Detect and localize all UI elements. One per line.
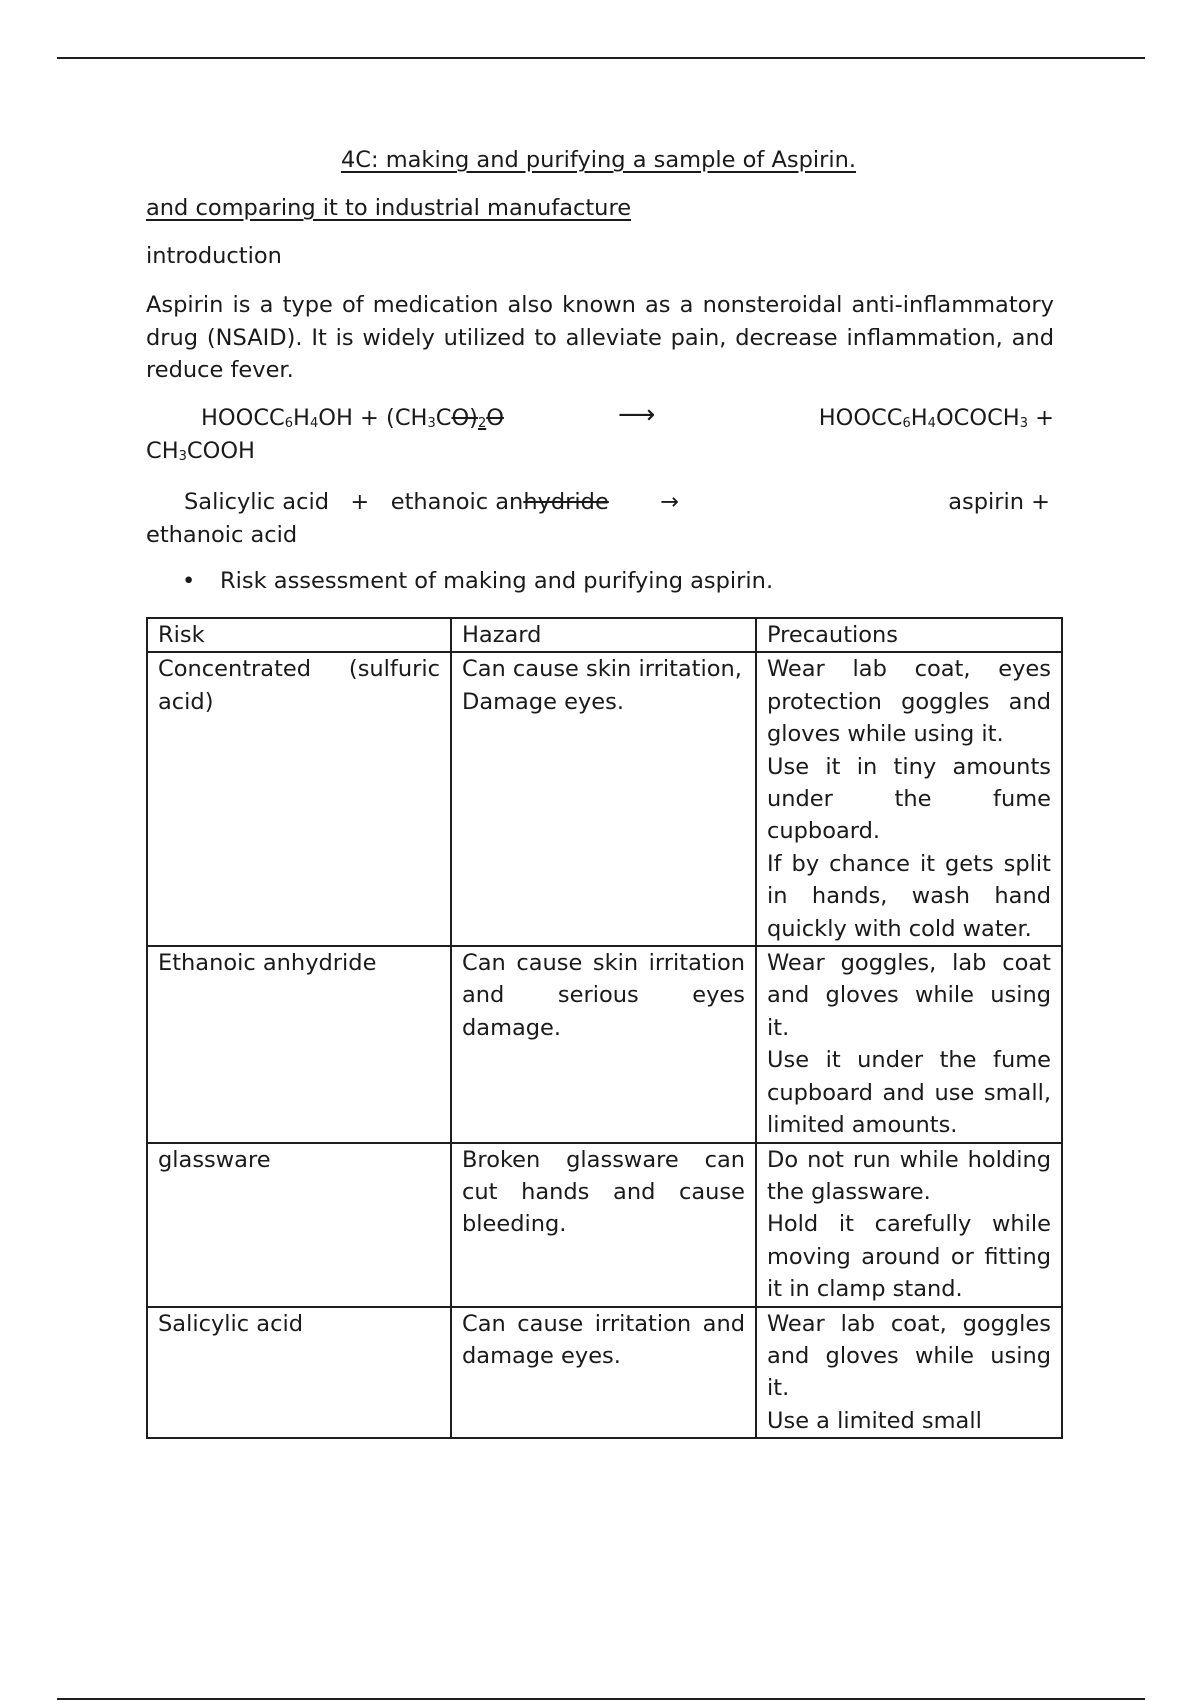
hazard-line: Damage eyes. <box>462 686 745 718</box>
header-risk: Risk <box>147 618 451 652</box>
document-title: 4C: making and purifying a sample of Asp… <box>0 144 1200 177</box>
word-products: aspirin + <box>948 486 1050 519</box>
table-row: glassware Broken glassware can cut hands… <box>147 1143 1062 1307</box>
header-hazard: Hazard <box>451 618 756 652</box>
precaution-line: Use it under the fume cupboard and use s… <box>767 1044 1051 1141</box>
precaution-line: Wear lab coat, eyes protection goggles a… <box>767 653 1051 750</box>
subtitle-text: and comparing it to industrial manufactu… <box>146 195 631 221</box>
equation-products-cont: CH3COOH <box>146 435 1054 468</box>
word-equation: Salicylic acid + ethanoic anhydride → as… <box>146 486 1054 551</box>
header-precautions: Precautions <box>756 618 1062 652</box>
hazard-line: Broken glassware can cut hands and cause… <box>462 1144 745 1241</box>
risk-assessment-table: Risk Hazard Precautions Concentrated (su… <box>146 617 1063 1439</box>
document-subtitle: and comparing it to industrial manufactu… <box>146 192 1054 225</box>
hazard-line: Can cause irritation and damage eyes. <box>462 1308 745 1373</box>
table-header-row: Risk Hazard Precautions <box>147 618 1062 652</box>
word-reactants: Salicylic acid + ethanoic anhydride <box>184 486 609 519</box>
hazard-line: Can cause skin irritation, <box>462 653 745 685</box>
risk-cell: Concentrated (sulfuric acid) <box>147 652 451 946</box>
precaution-line: Hold it carefully while moving around or… <box>767 1208 1051 1305</box>
precautions-cell: Wear lab coat, goggles and gloves while … <box>756 1307 1062 1439</box>
risk-cell: Salicylic acid <box>147 1307 451 1439</box>
title-text: 4C: making and purifying a sample of Asp… <box>341 147 856 173</box>
precaution-line: Do not run while holding the glassware. <box>767 1144 1051 1209</box>
section-heading: introduction <box>146 240 1054 273</box>
arrow-icon: → <box>660 486 679 519</box>
risk-cell: Ethanoic anhydride <box>147 946 451 1142</box>
precaution-line: Use it in tiny amounts under the fume cu… <box>767 751 1051 848</box>
precaution-line: If by chance it gets split in hands, was… <box>767 848 1051 945</box>
table-row: Concentrated (sulfuric acid) Can cause s… <box>147 652 1062 946</box>
precautions-cell: Wear goggles, lab coat and gloves while … <box>756 946 1062 1142</box>
arrow-icon: ⟶ <box>618 399 655 432</box>
chemical-equation: HOOCC6H4OH + (CH3CO)2O ⟶ HOOCC6H4OCOCH3 … <box>146 402 1054 467</box>
table-row: Ethanoic anhydride Can cause skin irrita… <box>147 946 1062 1142</box>
precautions-cell: Wear lab coat, eyes protection goggles a… <box>756 652 1062 946</box>
bullet-text: Risk assessment of making and purifying … <box>220 568 773 594</box>
hazard-line: Can cause skin irritation and serious ey… <box>462 947 745 1044</box>
precaution-line: Wear lab coat, goggles and gloves while … <box>767 1308 1051 1405</box>
word-products-cont: ethanoic acid <box>146 519 1054 552</box>
bullet-icon: • <box>182 565 220 598</box>
precaution-line: Wear goggles, lab coat and gloves while … <box>767 947 1051 1044</box>
intro-paragraph: Aspirin is a type of medication also kno… <box>146 289 1054 387</box>
hazard-cell: Can cause skin irritation, Damage eyes. <box>451 652 756 946</box>
precautions-cell: Do not run while holding the glassware. … <box>756 1143 1062 1307</box>
table-row: Salicylic acid Can cause irritation and … <box>147 1307 1062 1439</box>
bullet-item: •Risk assessment of making and purifying… <box>182 565 1090 598</box>
risk-cell: glassware <box>147 1143 451 1307</box>
hazard-cell: Can cause skin irritation and serious ey… <box>451 946 756 1142</box>
header-rule <box>57 57 1145 59</box>
hazard-cell: Can cause irritation and damage eyes. <box>451 1307 756 1439</box>
hazard-cell: Broken glassware can cut hands and cause… <box>451 1143 756 1307</box>
precaution-line: Use a limited small <box>767 1405 1051 1437</box>
